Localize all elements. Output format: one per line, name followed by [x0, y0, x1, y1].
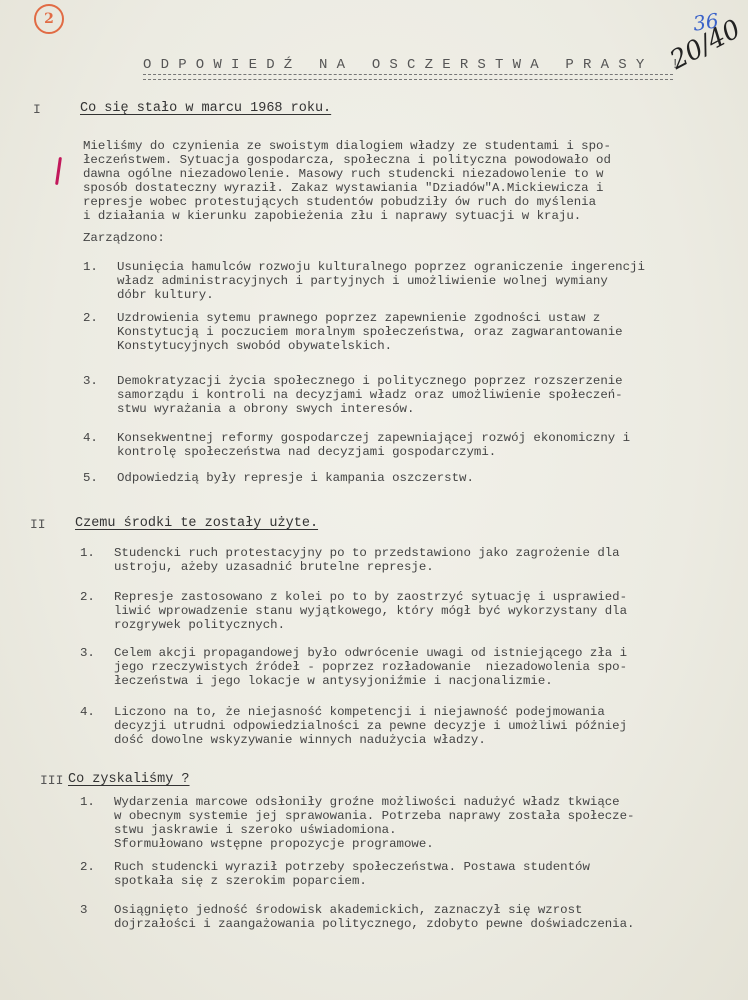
archive-stamp: 2 [34, 4, 64, 34]
list-item: 1. Usunięcia hamulców rozwoju kulturalne… [83, 260, 645, 302]
section-numeral: III [40, 773, 63, 788]
section-heading: Co zyskaliśmy ? [68, 772, 190, 787]
list-item: 1. Wydarzenia marcowe odsłoniły groźne m… [80, 795, 635, 851]
section-numeral: II [30, 517, 46, 532]
document-title: ODPOWIEDŹ NA OSCZERSTWA PRASY ! [143, 57, 689, 73]
margin-mark [55, 157, 62, 185]
section-heading: Co się stało w marcu 1968 roku. [80, 101, 331, 116]
list-item: 4. Konsekwentnej reformy gospodarczej za… [83, 431, 630, 459]
list-item: 3 Osiągnięto jedność środowisk akademick… [80, 903, 635, 931]
section-lead: Zarządzono: [83, 231, 165, 245]
section-intro: Mieliśmy do czynienia ze swoistym dialog… [83, 139, 611, 223]
list-item: 2. Ruch studencki wyraził potrzeby społe… [80, 860, 590, 888]
list-item: 2. Uzdrowienia sytemu prawnego poprzez z… [83, 311, 623, 353]
section-heading: Czemu środki te zostały użyte. [75, 516, 318, 531]
list-item: 3. Celem akcji propagandowej było odwróc… [80, 646, 627, 688]
list-item: 4. Liczono na to, że niejasność kompeten… [80, 705, 627, 747]
document-page: 2 36 20/40 ODPOWIEDŹ NA OSCZERSTWA PRASY… [0, 0, 748, 1000]
title-underline [143, 74, 673, 80]
section-numeral: I [33, 102, 41, 117]
list-item: 3. Demokratyzacji życia społecznego i po… [83, 374, 623, 416]
list-item: 5. Odpowiedzią były represje i kampania … [83, 471, 474, 485]
list-item: 2. Represje zastosowano z kolei po to by… [80, 590, 627, 632]
list-item: 1. Studencki ruch protestacyjny po to pr… [80, 546, 620, 574]
